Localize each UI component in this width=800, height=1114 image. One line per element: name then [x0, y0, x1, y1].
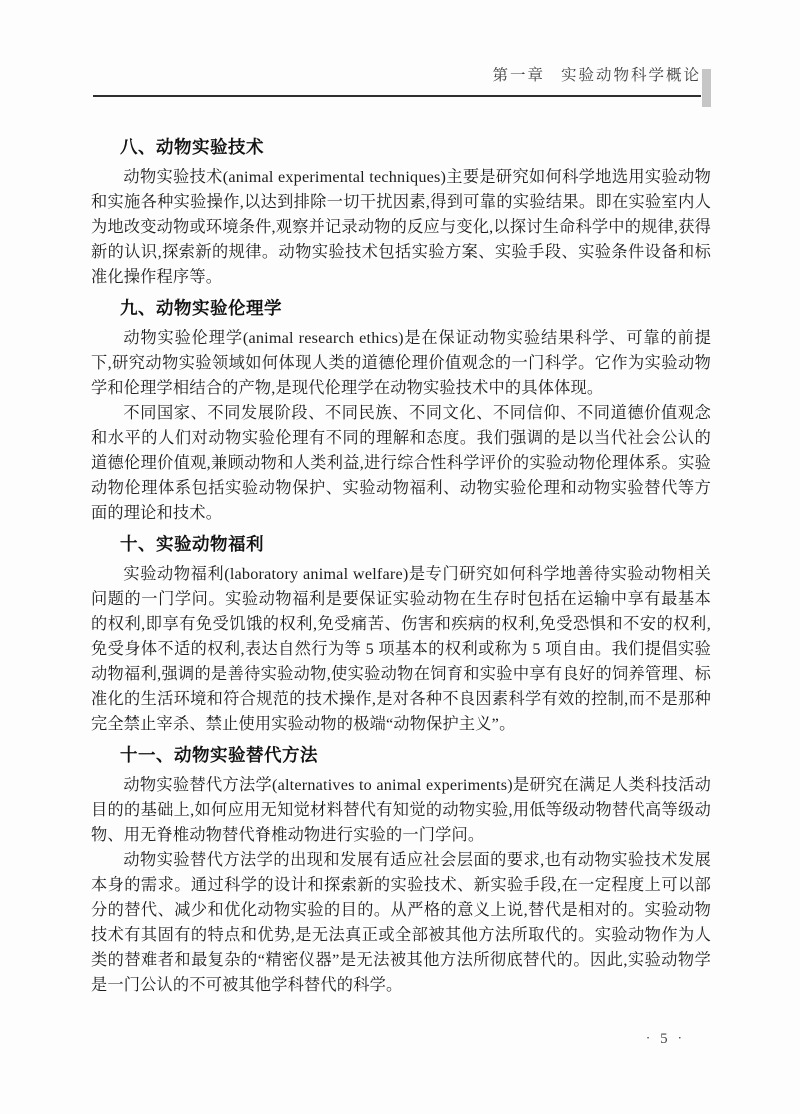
- paragraph-10-1: 实验动物福利(laboratory animal welfare)是专门研究如何…: [91, 562, 711, 737]
- section-heading-11: 十一、动物实验替代方法: [91, 745, 711, 765]
- paragraph-9-2: 不同国家、不同发展阶段、不同民族、不同文化、不同信仰、不同道德价值观念和水平的人…: [91, 401, 711, 526]
- chapter-title: 实验动物科学概论: [561, 67, 701, 84]
- section-heading-8: 八、动物实验技术: [91, 137, 711, 157]
- running-head: 第一章实验动物科学概论: [492, 63, 701, 85]
- page-number-value: 5: [660, 1031, 669, 1047]
- page-content: 八、动物实验技术 动物实验技术(animal experimental tech…: [91, 137, 711, 998]
- page-number: ·5·: [637, 1030, 692, 1048]
- paragraph-9-1: 动物实验伦理学(animal research ethics)是在保证动物实验结…: [91, 326, 711, 401]
- page-number-dot-right: ·: [678, 1030, 683, 1045]
- chapter-label: 第一章: [492, 67, 545, 84]
- section-heading-10: 十、实验动物福利: [91, 534, 711, 554]
- book-page: 第一章实验动物科学概论 八、动物实验技术 动物实验技术(animal exper…: [0, 0, 800, 1114]
- section-heading-9: 九、动物实验伦理学: [91, 298, 711, 318]
- paragraph-11-1: 动物实验替代方法学(alternatives to animal experim…: [91, 773, 711, 848]
- paragraph-8-1: 动物实验技术(animal experimental techniques)主要…: [91, 165, 711, 290]
- header-tab-marker: [702, 69, 711, 107]
- paragraph-11-2: 动物实验替代方法学的出现和发展有适应社会层面的要求,也有动物实验技术发展本身的需…: [91, 848, 711, 998]
- page-number-dot-left: ·: [646, 1030, 651, 1045]
- header-rule: [93, 95, 701, 97]
